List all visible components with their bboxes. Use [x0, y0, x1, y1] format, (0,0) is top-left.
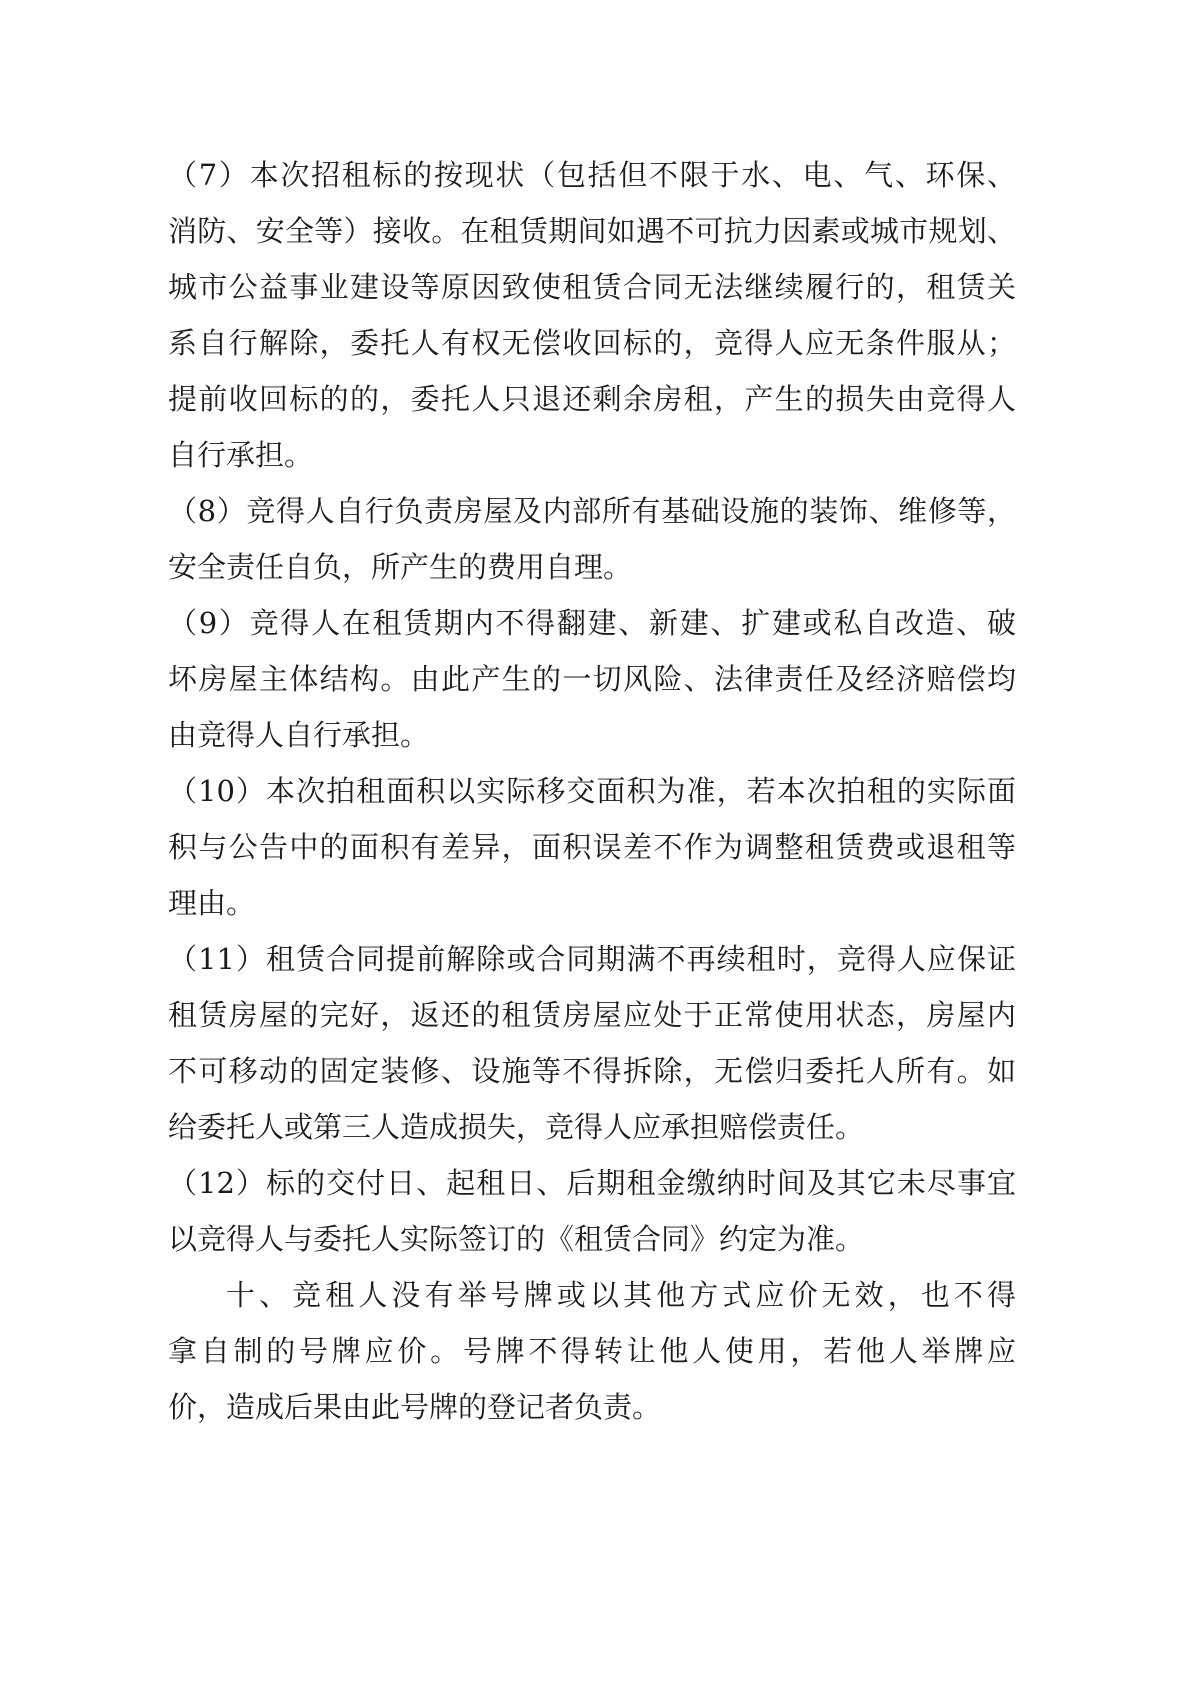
text-line: 提前收回标的的，委托人只退还剩余房租，产生的损失由竞得人 [168, 371, 1016, 427]
text-line: （9）竞得人在租赁期内不得翻建、新建、扩建或私自改造、破 [168, 595, 1016, 651]
text-line: 价，造成后果由此号牌的登记者负责。 [168, 1379, 1016, 1435]
text-line: 以竞得人与委托人实际签订的《租赁合同》约定为准。 [168, 1211, 1016, 1267]
text-line: 理由。 [168, 875, 1016, 931]
text-line: （10）本次拍租面积以实际移交面积为准，若本次拍租的实际面 [168, 763, 1016, 819]
document-page: （7）本次招租标的按现状（包括但不限于水、电、气、环保、消防、安全等）接收。在租… [0, 0, 1190, 1683]
text-line: 给委托人或第三人造成损失，竞得人应承担赔偿责任。 [168, 1099, 1016, 1155]
text-line: （7）本次招租标的按现状（包括但不限于水、电、气、环保、 [168, 147, 1016, 203]
paragraph-clause-11: （11）租赁合同提前解除或合同期满不再续租时，竞得人应保证租赁房屋的完好，返还的… [168, 931, 1016, 1155]
text-line: 坏房屋主体结构。由此产生的一切风险、法律责任及经济赔偿均 [168, 651, 1016, 707]
text-line: 不可移动的固定装修、设施等不得拆除，无偿归委托人所有。如 [168, 1043, 1016, 1099]
paragraph-clause-9: （9）竞得人在租赁期内不得翻建、新建、扩建或私自改造、破坏房屋主体结构。由此产生… [168, 595, 1016, 763]
text-line: 自行承担。 [168, 427, 1016, 483]
paragraph-clause-8: （8）竞得人自行负责房屋及内部所有基础设施的装饰、维修等，安全责任自负，所产生的… [168, 483, 1016, 595]
text-line: 消防、安全等）接收。在租赁期间如遇不可抗力因素或城市规划、 [168, 203, 1016, 259]
text-line: （12）标的交付日、起租日、后期租金缴纳时间及其它未尽事宜 [168, 1155, 1016, 1211]
paragraph-clause-7: （7）本次招租标的按现状（包括但不限于水、电、气、环保、消防、安全等）接收。在租… [168, 147, 1016, 483]
document-body: （7）本次招租标的按现状（包括但不限于水、电、气、环保、消防、安全等）接收。在租… [168, 147, 1016, 1435]
text-line: 由竞得人自行承担。 [168, 707, 1016, 763]
paragraph-clause-12: （12）标的交付日、起租日、后期租金缴纳时间及其它未尽事宜以竞得人与委托人实际签… [168, 1155, 1016, 1267]
text-line: 安全责任自负，所产生的费用自理。 [168, 539, 1016, 595]
text-line: （11）租赁合同提前解除或合同期满不再续租时，竞得人应保证 [168, 931, 1016, 987]
text-line: 拿自制的号牌应价。号牌不得转让他人使用，若他人举牌应 [168, 1323, 1016, 1379]
text-line: （8）竞得人自行负责房屋及内部所有基础设施的装饰、维修等， [168, 483, 1016, 539]
text-line: 十、竞租人没有举号牌或以其他方式应价无效，也不得 [168, 1267, 1016, 1323]
text-line: 积与公告中的面积有差异，面积误差不作为调整租赁费或退租等 [168, 819, 1016, 875]
text-line: 租赁房屋的完好，返还的租赁房屋应处于正常使用状态，房屋内 [168, 987, 1016, 1043]
text-line: 城市公益事业建设等原因致使租赁合同无法继续履行的，租赁关 [168, 259, 1016, 315]
text-line: 系自行解除，委托人有权无偿收回标的，竞得人应无条件服从； [168, 315, 1016, 371]
paragraph-item-ten-bidding-paddle-rule: 十、竞租人没有举号牌或以其他方式应价无效，也不得拿自制的号牌应价。号牌不得转让他… [168, 1267, 1016, 1435]
paragraph-clause-10: （10）本次拍租面积以实际移交面积为准，若本次拍租的实际面积与公告中的面积有差异… [168, 763, 1016, 931]
